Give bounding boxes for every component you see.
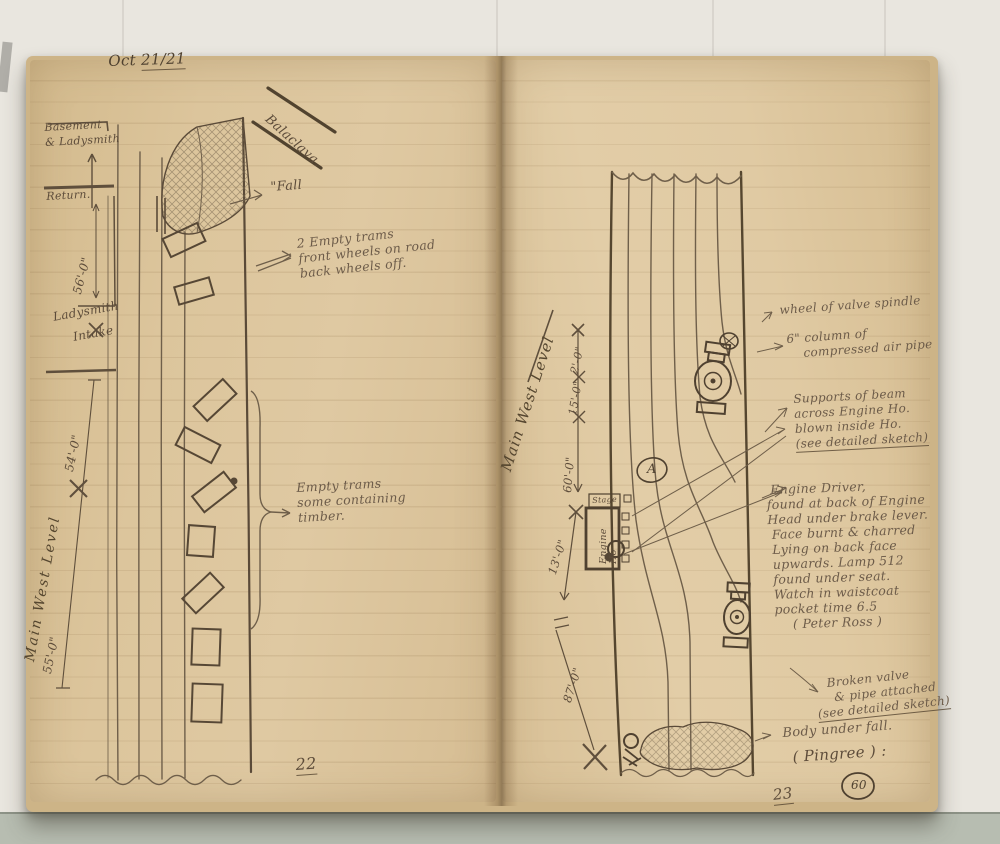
engine-driver-note: Engine Driver, found at back of Engine H… <box>770 477 932 632</box>
photo-scene: Oct 21/21 Balaclava. "Fall 2 Empty trams… <box>0 0 1000 844</box>
margin-return-note: Basement & Ladysmith <box>44 116 120 150</box>
date-number: 21/21 <box>141 49 186 71</box>
stage-label: Stage <box>592 495 617 505</box>
page-number-left: 22 <box>295 754 317 776</box>
supports-note: Supports of beam across Engine Ho. blown… <box>793 385 929 452</box>
margin-return-label: Return. <box>46 188 91 203</box>
date-month: Oct <box>108 51 141 70</box>
circled-a-label: A <box>647 462 657 477</box>
table-surface <box>0 812 1000 844</box>
timber-note: Empty trams some containing timber. <box>296 474 407 525</box>
photo-corner-mark <box>0 42 13 93</box>
page-number-right: 23 <box>772 784 794 806</box>
fall-label: "Fall <box>270 178 303 195</box>
notebook-page-left <box>30 60 496 802</box>
circled-60-label: 60 <box>851 778 867 792</box>
date-heading: Oct 21/21 <box>108 49 186 70</box>
engine-house-label: Engine Ho <box>599 528 619 564</box>
